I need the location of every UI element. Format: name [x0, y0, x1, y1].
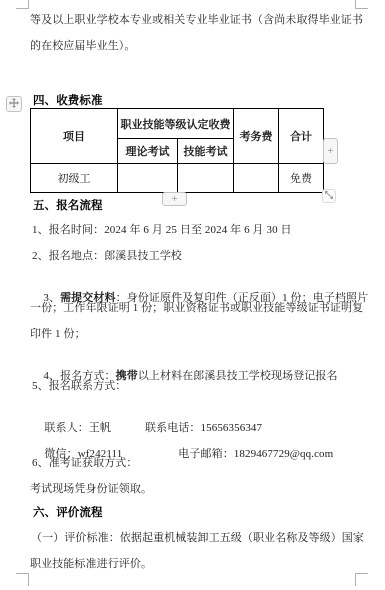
signup-item-place: 2、报名地点：郎溪县技工学校: [32, 248, 182, 264]
fee-table-header-theory[interactable]: 理论考试: [118, 139, 178, 164]
move-icon: [9, 95, 19, 113]
contact-line-1: 联系人：王帆联系电话：15656356347: [33, 404, 262, 420]
signup-item-materials: 3、需提交材料：身份证原件及复印件（正反面）1 份；电子档照片: [32, 274, 368, 290]
table-row: 初级工 免费: [31, 164, 324, 193]
eval-line-1: （一）评价标准：依据起重机械装卸工五级（职业名称及等级）国家: [31, 530, 364, 546]
contact-email: 电子邮箱：1829467729@qq.com: [178, 448, 333, 460]
item4-rest: 以上材料在郎溪县技工学校现场登记报名: [138, 370, 338, 382]
fee-table-header-group[interactable]: 职业技能等级认定收费: [118, 109, 234, 139]
table-move-handle[interactable]: [6, 96, 22, 112]
fee-table-header-item[interactable]: 项目: [31, 109, 118, 164]
fee-table: 项目 职业技能等级认定收费 考务费 合计 理论考试 技能考试 初级工 免费: [30, 108, 324, 193]
signup-item-materials-line2: 一份；工作年限证明 1 份；职业资格证书或职业技能等级证书证明复: [30, 300, 363, 316]
table-resize-handle[interactable]: [322, 189, 336, 203]
section-signup-heading: 五、报名流程: [33, 198, 103, 214]
fee-cell-theory[interactable]: [118, 164, 178, 193]
margin-mark-bottom-left: [16, 573, 29, 586]
fee-cell-item[interactable]: 初级工: [31, 164, 118, 193]
intro-line-2: 的在校应届毕业生）。: [30, 38, 136, 54]
fee-cell-exam-fee[interactable]: [234, 164, 279, 193]
fee-table-header-exam-fee[interactable]: 考务费: [234, 109, 279, 164]
signup-item-admission-line: 考试现场凭身份证领取。: [30, 481, 152, 497]
margin-mark-top-right: [355, 0, 368, 9]
signup-item-time: 1、报名时间：2024 年 6 月 25 日至 2024 年 6 月 30 日: [32, 222, 292, 238]
diagonal-resize-icon: [324, 187, 334, 205]
plus-icon: +: [327, 145, 333, 157]
section-fee-heading: 四、收费标准: [33, 93, 103, 109]
intro-line-1: 等及以上职业学校本专业或相关专业毕业证书（含尚未取得毕业证书: [30, 12, 363, 28]
signup-item-materials-line3: 印件 1 份；: [30, 326, 86, 342]
document-page: 等及以上职业学校本专业或相关专业毕业证书（含尚未取得毕业证书 的在校应届毕业生）…: [0, 0, 385, 590]
margin-mark-top-left: [16, 0, 29, 9]
contact-line-2: 微信：wf242111电子邮箱：1829467729@qq.com: [33, 430, 333, 446]
eval-line-2: 职业技能标准进行评价。: [30, 556, 152, 572]
section-eval-heading: 六、评价流程: [33, 505, 103, 521]
fee-table-header-skill[interactable]: 技能考试: [178, 139, 234, 164]
plus-icon: +: [171, 193, 177, 205]
add-row-button[interactable]: +: [162, 192, 187, 206]
signup-item-method: 4、报名方式：携带以上材料在郎溪县技工学校现场登记报名: [32, 352, 338, 368]
fee-cell-total[interactable]: 免费: [279, 164, 324, 193]
signup-item-contact-title: 5、报名联系方式：: [32, 378, 126, 394]
signup-item-admission: 6、准考证获取方式：: [32, 455, 138, 471]
add-column-button[interactable]: +: [323, 138, 338, 164]
fee-cell-skill[interactable]: [178, 164, 234, 193]
margin-mark-bottom-right: [355, 573, 368, 586]
fee-table-header-total[interactable]: 合计: [279, 109, 324, 164]
